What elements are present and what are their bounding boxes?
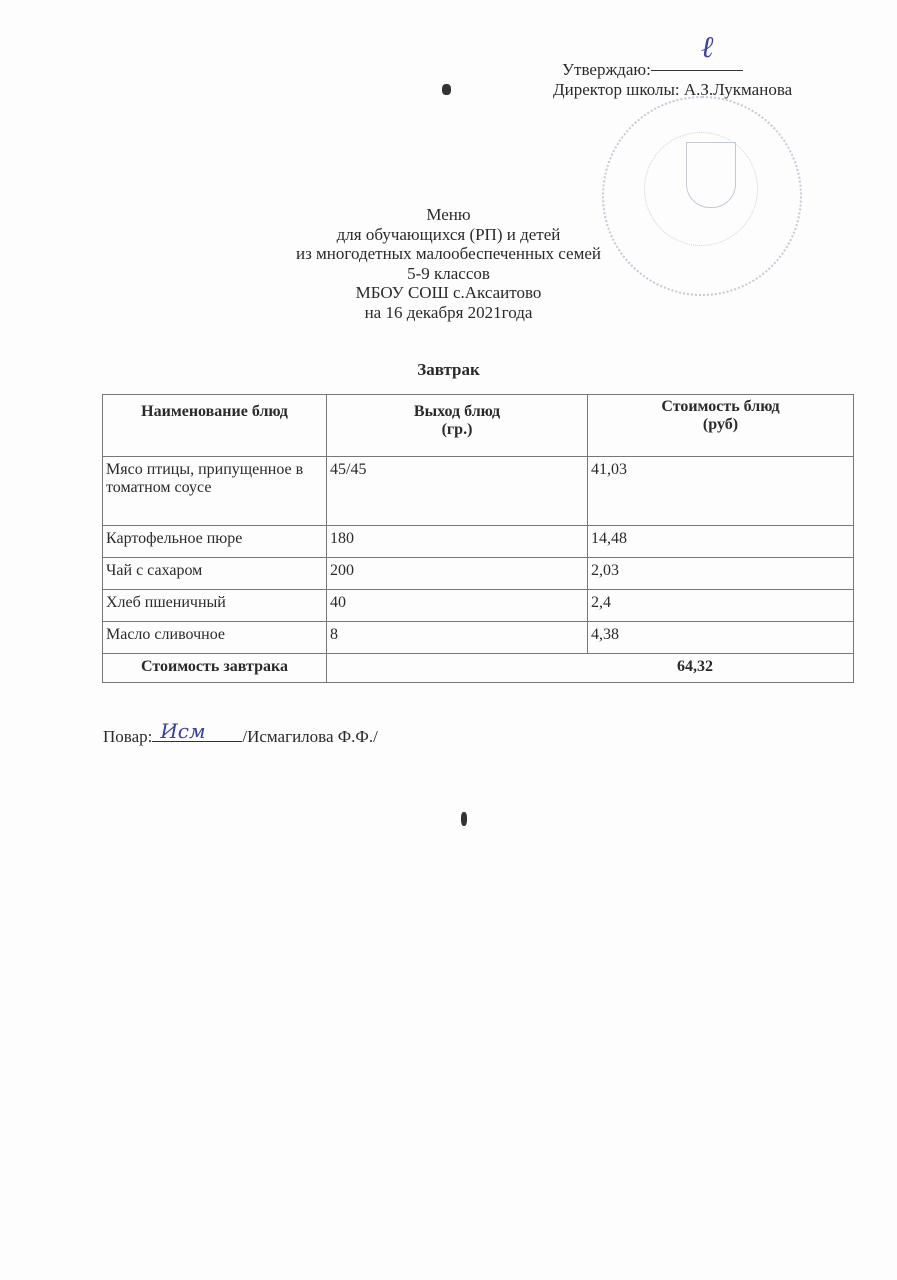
stamp-emblem-shield <box>686 142 736 208</box>
total-value: 64,32 <box>327 654 854 683</box>
dish-cost: 41,03 <box>588 457 854 526</box>
dish-name: Картофельное пюре <box>103 526 327 558</box>
title-line: из многодетных малообеспеченных семей <box>0 244 897 264</box>
cook-signature: Исм <box>160 719 205 743</box>
table-row: Масло сливочное 8 4,38 <box>103 622 854 654</box>
director-signature-line: ℓ <box>651 56 743 71</box>
dish-cost: 14,48 <box>588 526 854 558</box>
table-row: Картофельное пюре 180 14,48 <box>103 526 854 558</box>
cook-signature-block: Повар:Исм/Исмагилова Ф.Ф./ <box>103 727 378 747</box>
director-line: Директор школы: А.З.Лукманова <box>553 80 792 100</box>
table-row: Мясо птицы, припущенное в томатном соусе… <box>103 457 854 526</box>
title-line: Меню <box>0 205 897 225</box>
header-yield: Выход блюд(гр.) <box>327 395 588 457</box>
approval-block: Утверждаю:ℓ Директор школы: А.З.Лукманов… <box>553 56 792 100</box>
title-line: МБОУ СОШ с.Аксаитово <box>0 283 897 303</box>
total-label: Стоимость завтрака <box>103 654 327 683</box>
table-row: Чай с сахаром 200 2,03 <box>103 558 854 590</box>
dish-name: Масло сливочное <box>103 622 327 654</box>
header-label: Стоимость блюд <box>591 398 850 416</box>
dish-yield: 180 <box>327 526 588 558</box>
approve-label: Утверждаю: <box>562 60 651 79</box>
director-signature: ℓ <box>701 30 714 65</box>
ink-blot <box>461 812 467 826</box>
total-row: Стоимость завтрака 64,32 <box>103 654 854 683</box>
section-title: Завтрак <box>0 360 897 380</box>
header-label: (гр.) <box>330 421 584 439</box>
document-title: Меню для обучающихся (РП) и детей из мно… <box>0 205 897 323</box>
header-label: (руб) <box>591 416 850 434</box>
header-dish-name: Наименование блюд <box>103 395 327 457</box>
table-row: Хлеб пшеничный 40 2,4 <box>103 590 854 622</box>
dish-cost: 2,4 <box>588 590 854 622</box>
dish-name: Хлеб пшеничный <box>103 590 327 622</box>
cook-name: /Исмагилова Ф.Ф./ <box>242 727 377 746</box>
title-date: на 16 декабря 2021года <box>0 303 897 323</box>
ink-blot <box>442 84 451 95</box>
dish-cost: 2,03 <box>588 558 854 590</box>
dish-name: Мясо птицы, припущенное в томатном соусе <box>103 457 327 526</box>
cook-signature-line: Исм <box>152 727 242 742</box>
table-header-row: Наименование блюд Выход блюд(гр.) Стоимо… <box>103 395 854 457</box>
menu-table: Наименование блюд Выход блюд(гр.) Стоимо… <box>102 394 854 683</box>
header-label: Наименование блюд <box>141 403 288 420</box>
header-label: Выход блюд <box>330 403 584 421</box>
dish-cost: 4,38 <box>588 622 854 654</box>
dish-yield: 45/45 <box>327 457 588 526</box>
dish-yield: 8 <box>327 622 588 654</box>
dish-yield: 200 <box>327 558 588 590</box>
header-cost: Стоимость блюд(руб) <box>588 395 854 457</box>
cook-label: Повар: <box>103 727 152 746</box>
dish-name: Чай с сахаром <box>103 558 327 590</box>
approve-line: Утверждаю:ℓ <box>553 56 792 80</box>
title-line: для обучающихся (РП) и детей <box>0 225 897 245</box>
dish-yield: 40 <box>327 590 588 622</box>
title-line: 5-9 классов <box>0 264 897 284</box>
